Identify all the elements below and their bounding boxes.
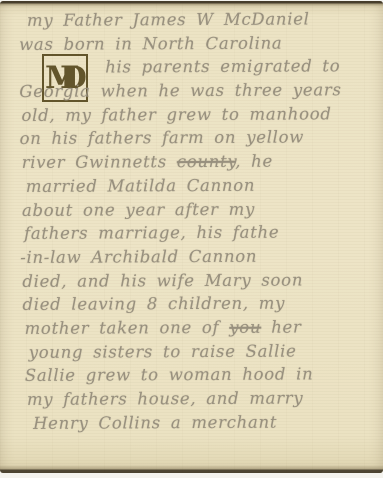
handwriting-segment: was born in North Carolina	[19, 33, 282, 53]
handwriting-segment: his parents emigrated to	[105, 57, 340, 77]
handwriting-line: died leaving 8 children, my	[20, 291, 379, 317]
handwriting-line: was born in North Carolina	[19, 31, 378, 57]
handwriting-segment: my fathers house, and marry	[27, 388, 304, 408]
handwriting-segment: about one year after my	[22, 199, 255, 219]
paper-bottom-edge-shadow	[0, 465, 383, 473]
struck-word: county	[177, 152, 235, 171]
handwriting-segment: , he	[235, 152, 273, 171]
handwriting-segment: married Matilda Cannon	[26, 176, 255, 196]
handwriting-segment: her	[261, 317, 301, 336]
struck-word: you	[229, 318, 261, 337]
handwriting-line: about one year after my	[20, 197, 379, 223]
handwriting-line: on his fathers farm on yellow	[20, 125, 379, 151]
handwriting-segment: on his fathers farm on yellow	[20, 128, 305, 148]
handwriting-line: my fathers house, and marry	[21, 386, 380, 412]
handwriting-segment: old, my father grew to manhood	[21, 104, 331, 125]
handwriting-line: died, and his wife Mary soon	[20, 268, 379, 294]
handwriting-segment: Henry Collins a merchant	[33, 412, 277, 432]
paper-top-edge-shadow	[0, 1, 383, 7]
handwriting-line: Henry Collins a merchant	[21, 410, 380, 436]
handwriting-segment: river Gwinnetts	[22, 152, 177, 172]
handwriting-line: Georgia when he was three years	[19, 78, 378, 104]
handwriting-segment: young sisters to raise Sallie	[29, 341, 297, 361]
handwriting-segment: died, and his wife Mary soon	[22, 270, 303, 290]
handwriting-segment: mother taken one of	[25, 318, 230, 338]
handwriting-text: my Father James W McDanielwas born in No…	[19, 7, 380, 435]
handwriting-line: my Father James W McDaniel	[19, 7, 378, 33]
letter-paper: M D my Father James W McDanielwas born i…	[0, 1, 383, 473]
handwriting-line: young sisters to raise Sallie	[21, 339, 380, 365]
handwriting-line: river Gwinnetts county, he	[20, 149, 379, 175]
handwriting-segment: Georgia when he was three years	[19, 80, 341, 101]
handwriting-line: his parents emigrated to	[19, 54, 378, 80]
handwriting-line: mother taken one of you her	[20, 315, 379, 341]
handwriting-line: -in-law Archibald Cannon	[20, 244, 379, 270]
handwriting-segment: -in-law Archibald Cannon	[20, 247, 257, 267]
handwriting-segment: Sallie grew to woman hood in	[25, 365, 314, 386]
handwriting-line: old, my father grew to manhood	[19, 102, 378, 128]
handwriting-line: fathers marriage, his fathe	[20, 220, 379, 246]
handwriting-segment: died leaving 8 children, my	[22, 294, 285, 314]
handwriting-line: Sallie grew to woman hood in	[21, 362, 380, 388]
handwriting-line: married Matilda Cannon	[20, 173, 379, 199]
handwriting-segment: my Father James W McDaniel	[27, 9, 310, 29]
handwriting-segment: fathers marriage, his fathe	[24, 223, 279, 243]
